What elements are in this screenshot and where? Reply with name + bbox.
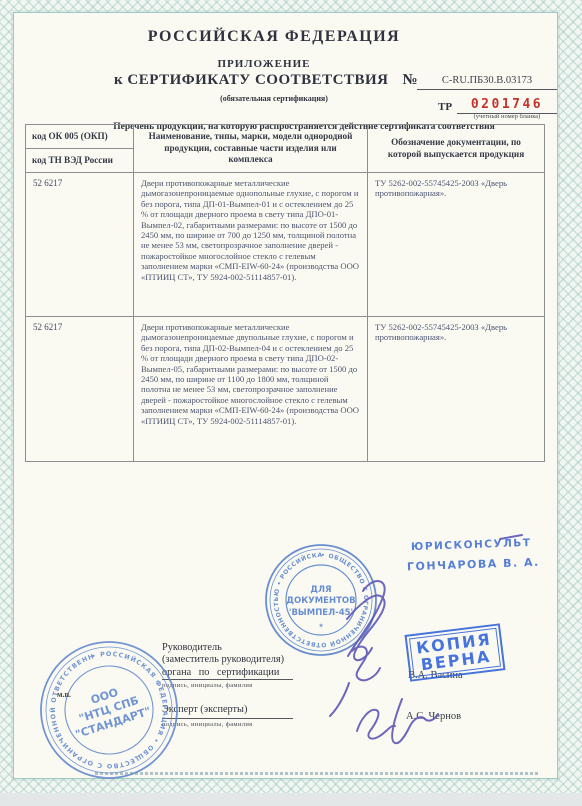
round-stamp-star: ✶ <box>318 622 324 630</box>
certification-type: (обязательная сертификация) <box>144 94 404 103</box>
row2-docs: ТУ 5262-002-55745425-2003 «Дверь противо… <box>368 317 544 461</box>
row1-code: 52 6217 <box>26 173 134 317</box>
row1-name: Двери противопожарные металлические дымо… <box>134 173 368 317</box>
code-okp-header: код ОК 005 (ОКП) <box>26 125 133 149</box>
country-title: РОССИЙСКАЯ ФЕДЕРАЦИЯ <box>44 28 504 46</box>
copy-verna-stamp-text: КОПИЯ ВЕРНА <box>409 628 501 677</box>
certificate-scan: РОССИЙСКАЯ ФЕДЕРАЦИЯ ПРИЛОЖЕНИЕ к СЕРТИФ… <box>0 0 582 806</box>
column-header-docs: Обозначение документации, по которой вып… <box>368 125 544 173</box>
round-stamp-standart: • РОССИЙСКАЯ ФЕДЕРАЦИЯ • ОБЩЕСТВО С ОГРА… <box>34 635 184 785</box>
round-stamp-center-line2: ДОКУМЕНТОВ <box>286 596 355 606</box>
round-stamp-vympel: • ОБЩЕСТВО С ОГРАНИЧЕННОЙ ОТВЕТСТВЕННОСТ… <box>259 538 383 662</box>
expert-name: А.С. Чернов <box>406 711 461 722</box>
column-header-name: Наименование, типы, марки, модели одноро… <box>134 125 368 173</box>
row2-name: Двери противопожарные металлические дымо… <box>134 317 368 461</box>
column-header-code: код ОК 005 (ОКП) код ТН ВЭД России <box>26 125 134 173</box>
seal-place-mark: м.п. <box>57 690 71 699</box>
tr-label: ТР <box>438 101 452 113</box>
blank-number: 0201746 <box>457 97 557 114</box>
microprint-line <box>95 772 540 775</box>
doc-kind-title: ПРИЛОЖЕНИЕ <box>44 58 484 70</box>
round-stamp-center-line1: ДЛЯ <box>310 585 331 595</box>
certificate-number: C-RU.ПБ30.В.03173 <box>417 75 557 90</box>
certificate-title: к СЕРТИФИКАТУ СООТВЕТСТВИЯ№ <box>114 72 418 89</box>
head-role-line3: органа по сертификации <box>162 667 342 679</box>
code-tnved-header: код ТН ВЭД России <box>26 149 133 172</box>
row1-docs: ТУ 5262-002-55745425-2003 «Дверь противо… <box>368 173 544 317</box>
row2-code: 52 6217 <box>26 317 134 461</box>
round-stamp-center-line3: 'ВЫМПЕЛ-45' <box>289 608 353 618</box>
number-sign: № <box>402 72 418 88</box>
certificate-title-text: к СЕРТИФИКАТУ СООТВЕТСТВИЯ <box>114 72 388 88</box>
blank-number-caption: (учетный номер бланка) <box>457 113 557 120</box>
scan-edge-strip <box>0 793 582 806</box>
products-table: код ОК 005 (ОКП) код ТН ВЭД России Наиме… <box>25 124 545 462</box>
